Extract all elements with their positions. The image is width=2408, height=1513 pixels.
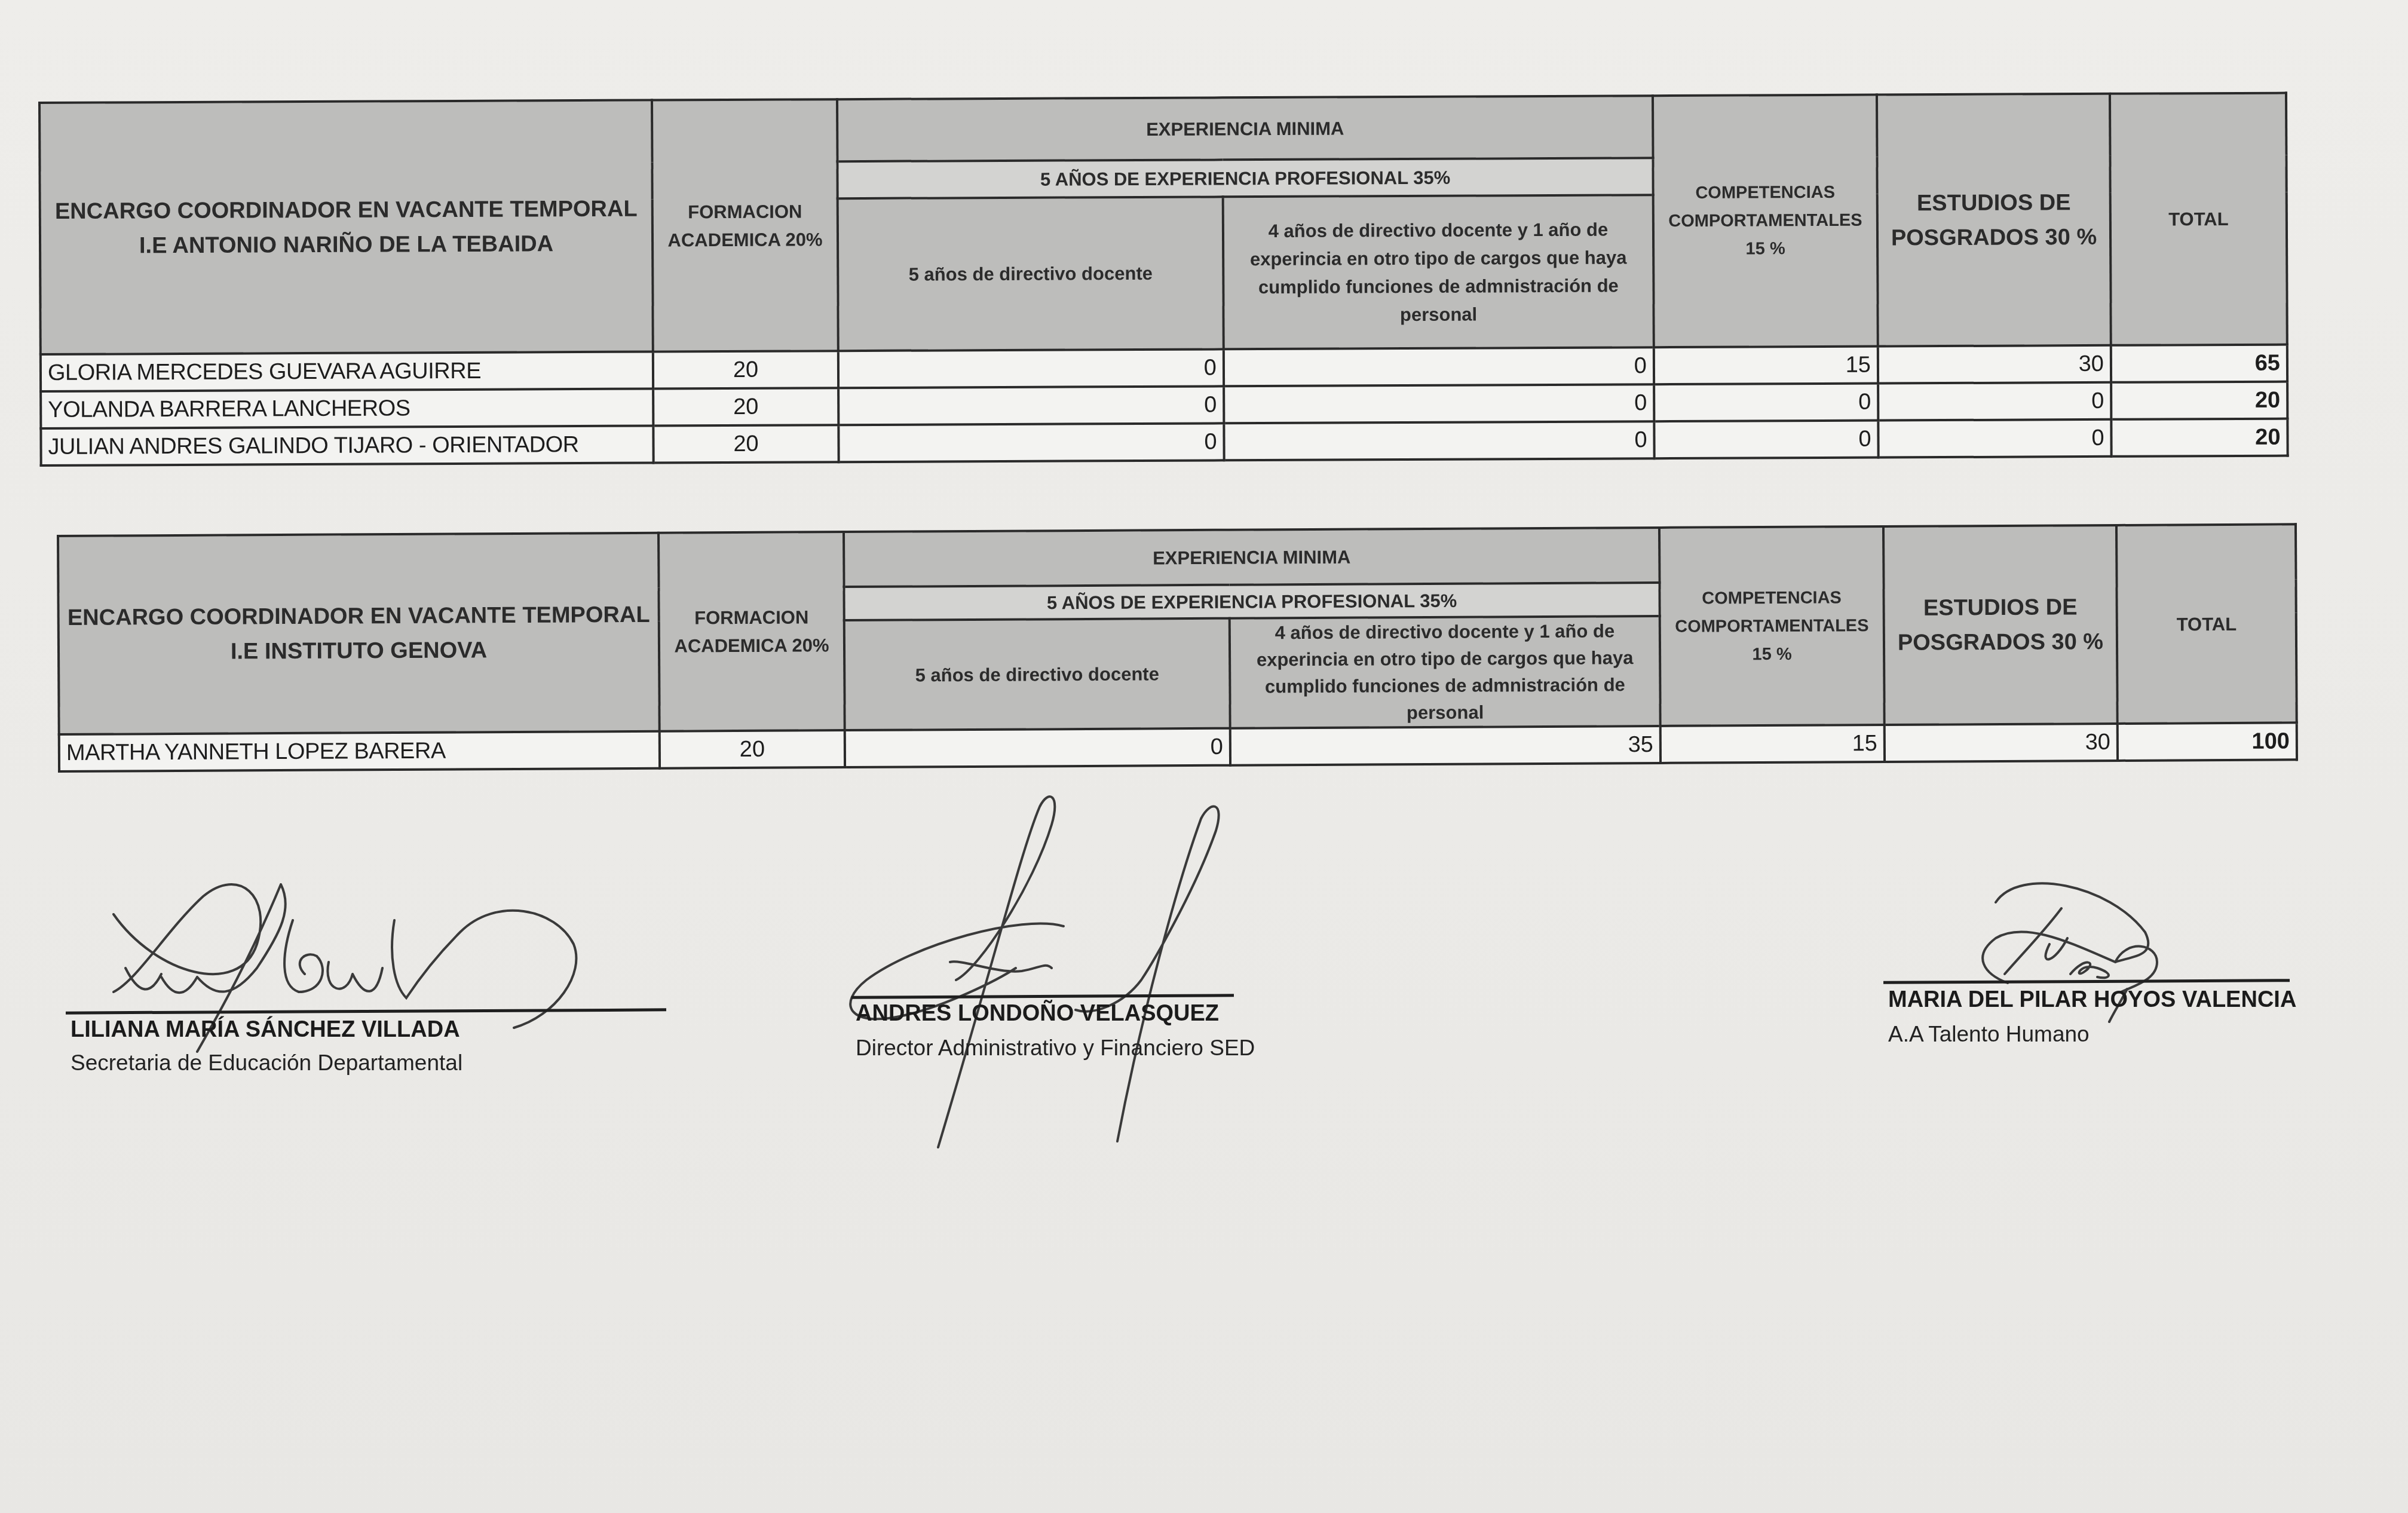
- directivo-docente-header: 5 años de directivo docente: [838, 197, 1224, 351]
- total-score: 20: [2111, 419, 2287, 457]
- competencias-score: 0: [1654, 421, 1878, 459]
- position-title: ENCARGO COORDINADOR EN VACANTE TEMPORAL: [47, 191, 645, 228]
- directivo-score: 0: [838, 349, 1224, 388]
- signer-role: Director Administrativo y Financiero SED: [856, 1036, 1255, 1061]
- total-score: 100: [2118, 722, 2297, 761]
- document-page: ENCARGO COORDINADOR EN VACANTE TEMPORAL …: [0, 0, 2408, 1513]
- position-title-header: ENCARGO COORDINADOR EN VACANTE TEMPORAL …: [58, 533, 660, 734]
- formacion-header: FORMACION ACADEMICA 20%: [652, 99, 838, 351]
- position-title-header: ENCARGO COORDINADOR EN VACANTE TEMPORAL …: [39, 100, 653, 354]
- otro-cargo-score: 0: [1224, 384, 1654, 423]
- posgrados-score: 0: [1878, 419, 2111, 458]
- otro-cargo-score: 0: [1224, 347, 1654, 386]
- formacion-score: 20: [653, 351, 838, 388]
- formacion-header: FORMACION ACADEMICA 20%: [658, 532, 845, 731]
- formacion-score: 20: [653, 388, 838, 425]
- candidate-name: GLORIA MERCEDES GUEVARA AGUIRRE: [41, 352, 653, 391]
- posgrados-header: ESTUDIOS DE POSGRADOS 30 %: [1883, 525, 2118, 725]
- directivo-score: 0: [845, 728, 1230, 767]
- experiencia-minima-header: EXPERIENCIA MINIMA: [837, 96, 1653, 161]
- candidate-name: YOLANDA BARRERA LANCHEROS: [41, 389, 653, 428]
- experiencia-minima-header: EXPERIENCIA MINIMA: [844, 528, 1659, 587]
- experiencia-profesional-header: 5 AÑOS DE EXPERIENCIA PROFESIONAL 35%: [837, 158, 1653, 198]
- evaluation-table-tebaida: ENCARGO COORDINADOR EN VACANTE TEMPORAL …: [38, 92, 2289, 467]
- signer-name: MARIA DEL PILAR HOYOS VALENCIA: [1888, 987, 2296, 1013]
- competencias-score: 15: [1661, 725, 1885, 763]
- otro-cargo-score: 35: [1230, 726, 1661, 765]
- otro-cargo-score: 0: [1224, 421, 1654, 460]
- competencias-score: 0: [1654, 384, 1878, 422]
- directivo-docente-header: 5 años de directivo docente: [844, 618, 1230, 730]
- institution-name: I.E ANTONIO NARIÑO DE LA TEBAIDA: [47, 226, 645, 263]
- total-score: 20: [2111, 382, 2287, 419]
- signer-name: LILIANA MARÍA SÁNCHEZ VILLADA: [71, 1017, 460, 1043]
- institution-name: I.E INSTITUTO GENOVA: [66, 632, 652, 670]
- total-header: TOTAL: [2116, 524, 2297, 724]
- candidate-name: JULIAN ANDRES GALINDO TIJARO - ORIENTADO…: [41, 426, 653, 465]
- position-title: ENCARGO COORDINADOR EN VACANTE TEMPORAL: [66, 598, 652, 635]
- experiencia-profesional-header: 5 AÑOS DE EXPERIENCIA PROFESIONAL 35%: [844, 583, 1659, 620]
- candidate-name: MARTHA YANNETH LOPEZ BARERA: [59, 731, 660, 771]
- posgrados-score: 30: [1885, 724, 2118, 762]
- directivo-score: 0: [838, 423, 1224, 462]
- competencias-score: 15: [1654, 347, 1878, 385]
- total-score: 65: [2111, 345, 2287, 382]
- directivo-score: 0: [838, 386, 1224, 425]
- formacion-score: 20: [653, 425, 838, 463]
- posgrados-score: 30: [1878, 345, 2111, 384]
- signer-role: A.A Talento Humano: [1888, 1022, 2090, 1047]
- posgrados-score: 0: [1878, 382, 2111, 421]
- otro-cargo-header: 4 años de directivo docente y 1 año de e…: [1230, 616, 1661, 728]
- competencias-header: COMPETENCIAS COMPORTAMENTALES 15 %: [1653, 95, 1878, 348]
- otro-cargo-header: 4 años de directivo docente y 1 año de e…: [1223, 195, 1654, 349]
- formacion-score: 20: [660, 730, 845, 768]
- competencias-header: COMPETENCIAS COMPORTAMENTALES 15 %: [1659, 526, 1885, 726]
- signer-role: Secretaria de Educación Departamental: [71, 1050, 462, 1076]
- total-header: TOTAL: [2110, 93, 2287, 345]
- handwritten-signature-icon: [843, 789, 1273, 1159]
- posgrados-header: ESTUDIOS DE POSGRADOS 30 %: [1877, 94, 2111, 347]
- evaluation-table-genova: ENCARGO COORDINADOR EN VACANTE TEMPORAL …: [57, 523, 2298, 773]
- signer-name: ANDRES LONDOÑO VELASQUEZ: [856, 1001, 1219, 1027]
